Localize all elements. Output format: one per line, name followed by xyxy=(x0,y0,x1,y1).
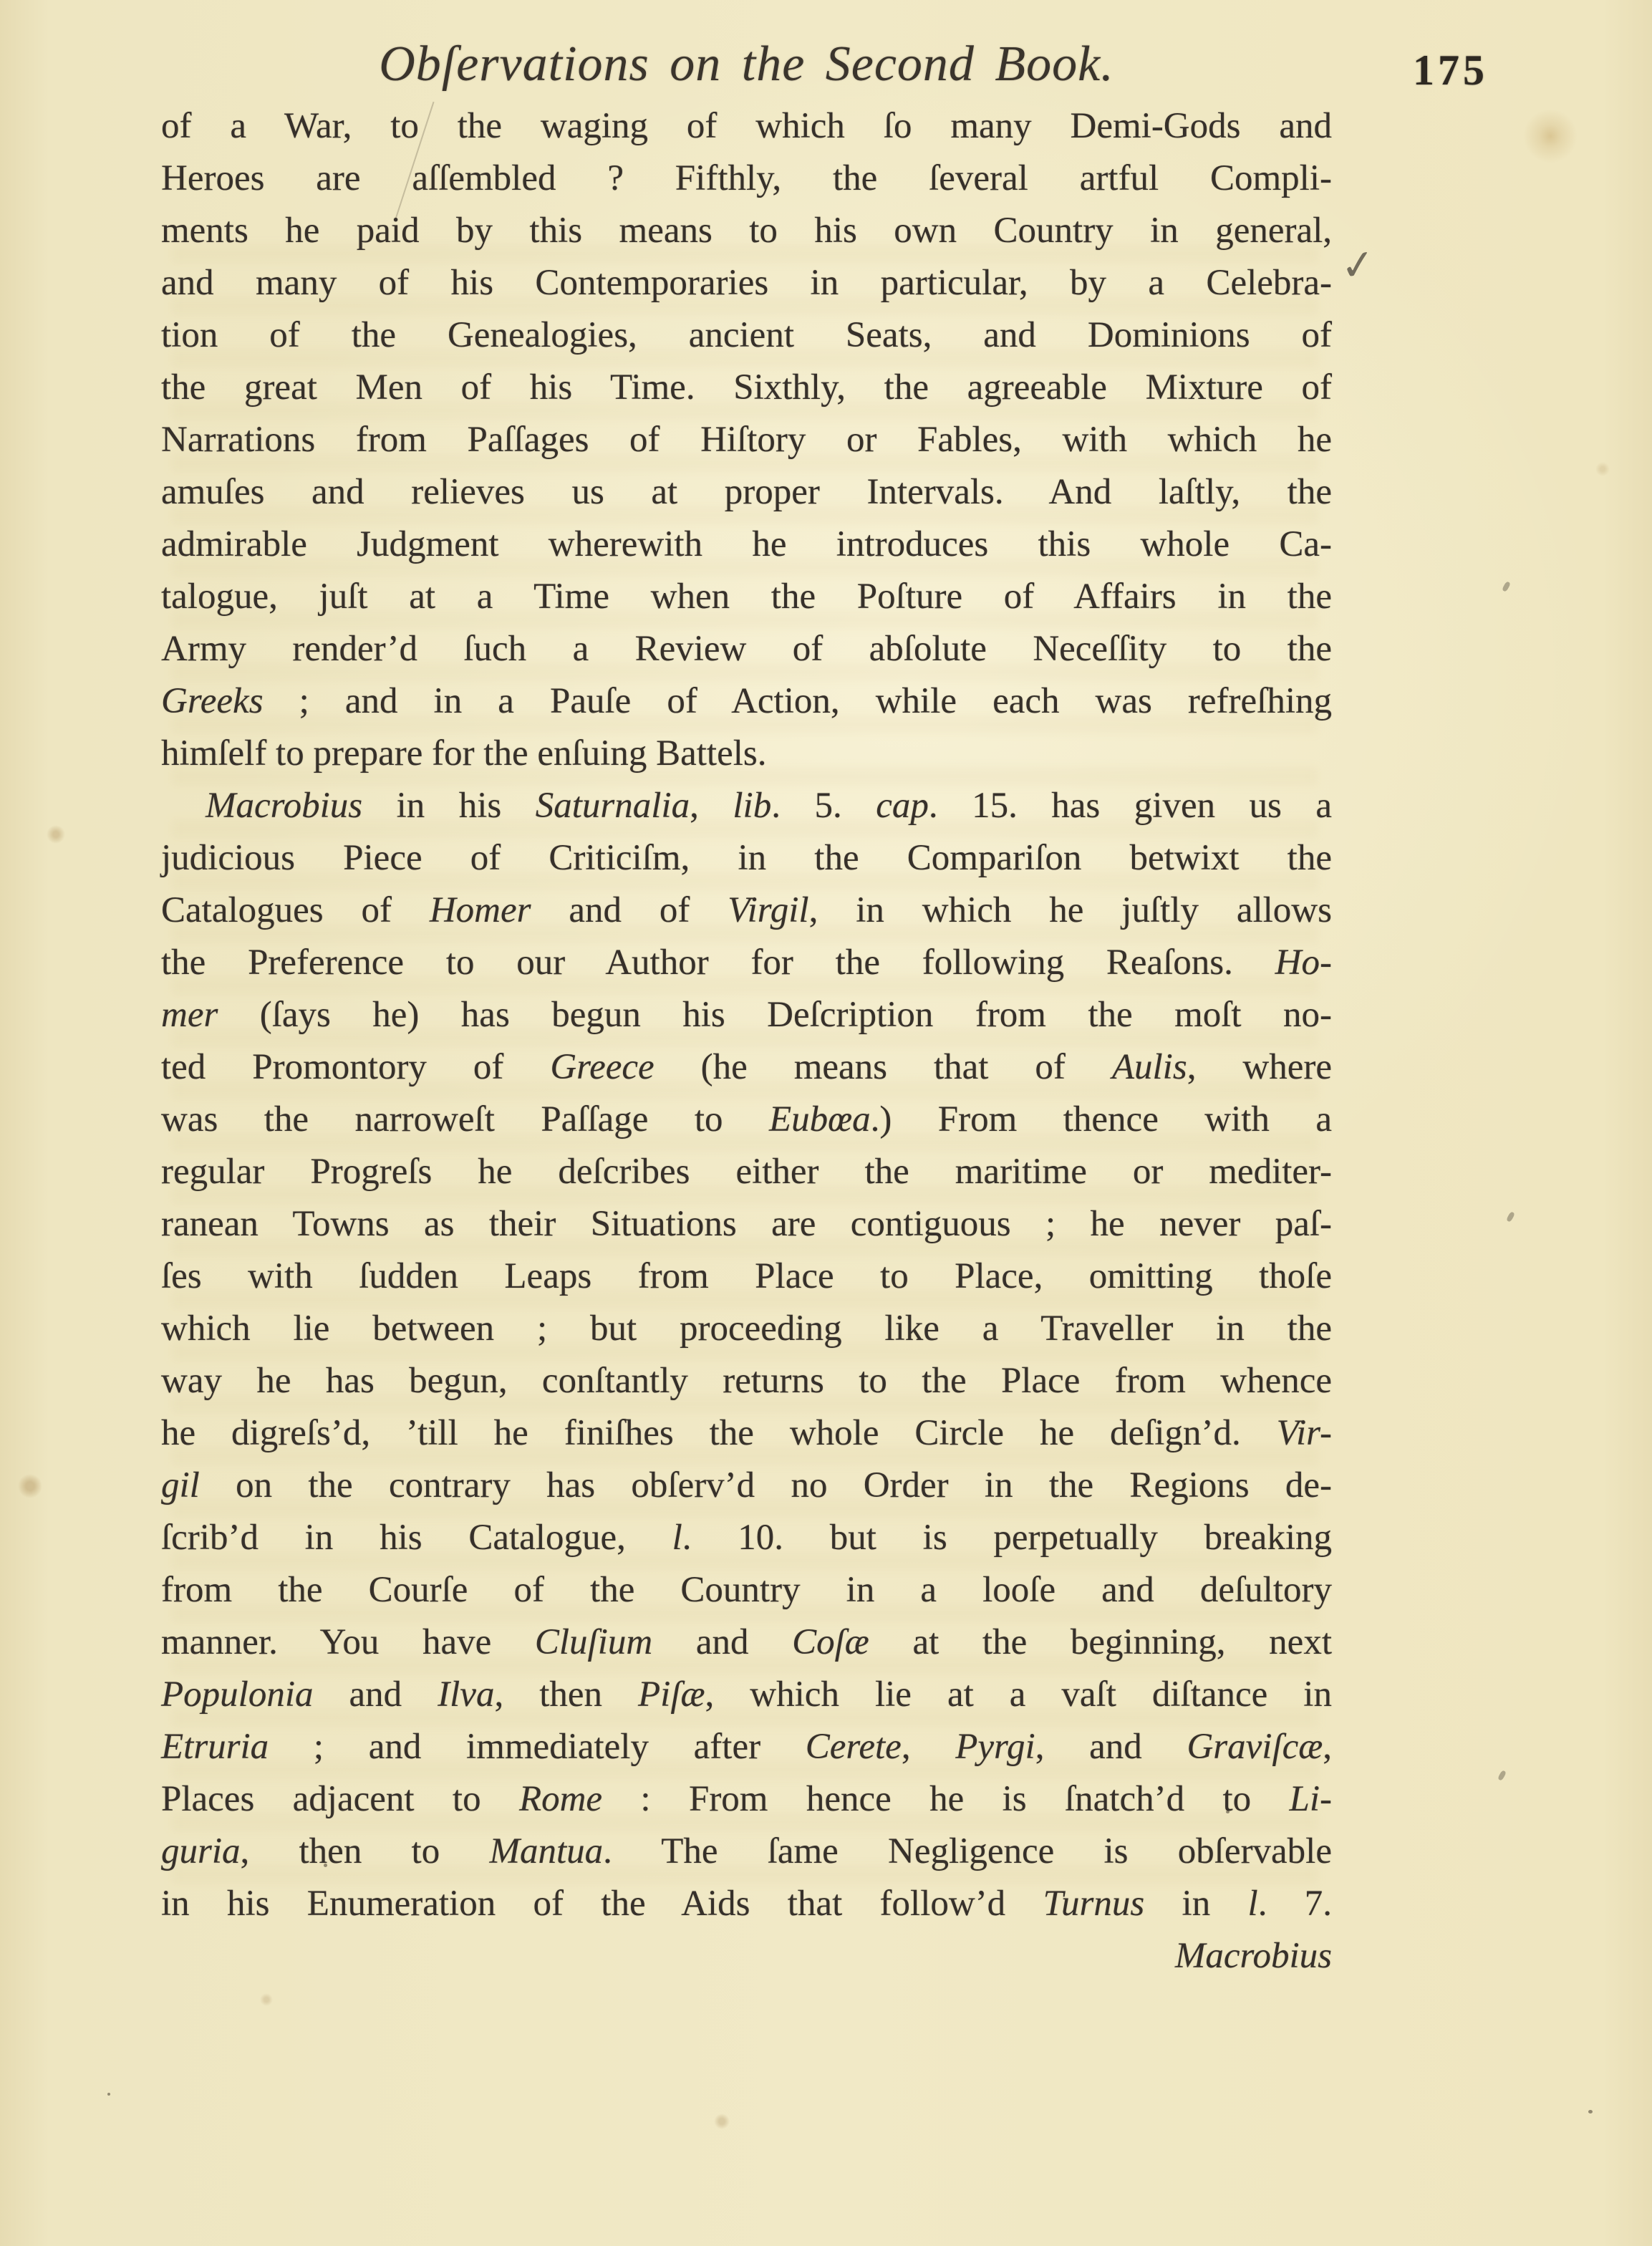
italic-text: Mantua xyxy=(489,1831,603,1871)
italic-text: mer xyxy=(161,995,218,1035)
italic-text: Turnus xyxy=(1043,1884,1144,1924)
italic-text: Ho- xyxy=(1275,943,1332,983)
text-line: Places adjacent to Rome : From hence he … xyxy=(161,1773,1332,1826)
roman-text: the Preference to our Author for the fol… xyxy=(161,943,1275,983)
italic-text: Greeks xyxy=(161,681,264,721)
roman-text: Army render’d ſuch a Review of abſolute … xyxy=(161,629,1332,669)
roman-text: , then to xyxy=(241,1831,490,1871)
italic-text: Ilva xyxy=(438,1674,494,1715)
text-line: Greeks ; and in a Pauſe of Action, while… xyxy=(161,675,1332,728)
roman-text: Catalogues of xyxy=(161,890,430,930)
roman-text: and many of his Contemporaries in partic… xyxy=(161,263,1332,303)
roman-text: . 15. has given us a xyxy=(929,786,1332,826)
text-line: himſelf to prepare for the enſuing Batte… xyxy=(161,728,1332,780)
italic-text: Saturnalia xyxy=(536,786,690,826)
roman-text: tion of the Genealogies, ancient Seats, … xyxy=(161,315,1332,355)
roman-text: was the narroweſt Paſſage to xyxy=(161,1099,769,1139)
text-line: tion of the Genealogies, ancient Seats, … xyxy=(161,309,1332,362)
italic-text: l xyxy=(672,1518,682,1558)
italic-text: Graviſcæ xyxy=(1187,1727,1323,1767)
roman-text: the great Men of his Time. Sixthly, the … xyxy=(161,367,1332,408)
roman-text: . 10. but is perpetually breaking xyxy=(682,1518,1332,1558)
text-line: ſcrib’d in his Catalogue, l. 10. but is … xyxy=(161,1512,1332,1564)
italic-text: Virgil xyxy=(728,890,808,930)
roman-text: ſcrib’d in his Catalogue, xyxy=(161,1518,672,1558)
text-line: judicious Piece of Criticiſm, in the Com… xyxy=(161,832,1332,885)
text-line: gil on the contrary has obſerv’d no Orde… xyxy=(161,1460,1332,1512)
text-line: was the narroweſt Paſſage to Eubœa.) Fro… xyxy=(161,1094,1332,1146)
roman-text: , in which he juſtly allows xyxy=(809,890,1332,930)
roman-text: talogue, juſt at a Time when the Poſture… xyxy=(161,577,1332,617)
italic-text: Eubœa xyxy=(769,1099,871,1139)
text-line: from the Courſe of the Country in a looſ… xyxy=(161,1564,1332,1616)
roman-text: ted Promontory of xyxy=(161,1047,550,1087)
roman-text: ments he paid by this means to his own C… xyxy=(161,211,1332,251)
text-line: he digreſs’d, ’till he finiſhes the whol… xyxy=(161,1407,1332,1460)
roman-text: Narrations from Paſſages of Hiſtory or F… xyxy=(161,420,1332,460)
roman-text: ſes with ſudden Leaps from Place to Plac… xyxy=(161,1256,1332,1296)
roman-text: .) From thence with a xyxy=(871,1099,1332,1139)
roman-text: Places adjacent to xyxy=(161,1779,519,1819)
roman-text: of a War, to the waging of which ſo many… xyxy=(161,106,1332,146)
pencil-dot xyxy=(1506,1211,1515,1223)
italic-text: gil xyxy=(161,1465,200,1505)
italic-text: Macrobius xyxy=(1175,1936,1332,1976)
body-text: of a War, to the waging of which ſo many… xyxy=(161,100,1332,1982)
roman-text: admirable Judgment wherewith he introduc… xyxy=(161,524,1332,564)
italic-text: Cerete xyxy=(806,1727,902,1767)
italic-text: Pyrgi xyxy=(955,1727,1035,1767)
text-line: Heroes are aſſembled ? Fifthly, the ſeve… xyxy=(161,153,1332,205)
roman-text: , then xyxy=(494,1674,638,1715)
roman-text: regular Progreſs he deſcribes either the… xyxy=(161,1152,1332,1192)
roman-text: from the Courſe of the Country in a looſ… xyxy=(161,1570,1332,1610)
text-line: Macrobius in his Saturnalia, lib. 5. cap… xyxy=(161,780,1332,832)
text-line: amuſes and relieves us at proper Interva… xyxy=(161,466,1332,519)
roman-text: , where xyxy=(1187,1047,1332,1087)
pencil-dot xyxy=(1497,1770,1507,1781)
book-page: Obſervations on the Second Book. 175 of … xyxy=(0,0,1652,2246)
roman-text: way he has begun, conſtantly returns to … xyxy=(161,1361,1332,1401)
text-line: regular Progreſs he deſcribes either the… xyxy=(161,1146,1332,1198)
pencil-checkmark: ✓ xyxy=(1338,239,1378,291)
text-line: Narrations from Paſſages of Hiſtory or F… xyxy=(161,414,1332,466)
text-line: Populonia and Ilva, then Piſæ, which lie… xyxy=(161,1669,1332,1721)
text-line: which lie between ; but proceeding like … xyxy=(161,1303,1332,1355)
roman-text: , xyxy=(690,786,733,826)
roman-text: manner. You have xyxy=(161,1622,535,1662)
italic-text: Li- xyxy=(1289,1779,1332,1819)
running-head: Obſervations on the Second Book. xyxy=(161,36,1332,93)
text-line: way he has begun, conſtantly returns to … xyxy=(161,1355,1332,1407)
text-line: Army render’d ſuch a Review of abſolute … xyxy=(161,623,1332,675)
paper-speck xyxy=(1588,2110,1593,2114)
italic-text: Piſæ xyxy=(638,1674,705,1715)
text-line: talogue, juſt at a Time when the Poſture… xyxy=(161,571,1332,623)
roman-text: , xyxy=(1323,1727,1332,1767)
italic-text: Homer xyxy=(430,890,531,930)
text-line: ments he paid by this means to his own C… xyxy=(161,205,1332,257)
text-line: the Preference to our Author for the fol… xyxy=(161,937,1332,989)
text-line: ted Promontory of Greece (he means that … xyxy=(161,1041,1332,1094)
text-line: guria, then to Mantua. The ſame Negligen… xyxy=(161,1826,1332,1878)
italic-text: Coſæ xyxy=(792,1622,869,1662)
text-line: Etruria ; and immediately after Cerete, … xyxy=(161,1721,1332,1773)
italic-text: Vir- xyxy=(1277,1413,1332,1453)
text-line: Macrobius xyxy=(161,1930,1332,1982)
roman-text: on the contrary has obſerv’d no Order in… xyxy=(200,1465,1332,1505)
italic-text: Rome xyxy=(519,1779,602,1819)
text-line: Catalogues of Homer and of Virgil, in wh… xyxy=(161,885,1332,937)
roman-text: . 7. xyxy=(1258,1884,1332,1924)
italic-text: Cluſium xyxy=(535,1622,652,1662)
roman-text: ; and in a Pauſe of Action, while each w… xyxy=(264,681,1332,721)
italic-text: cap xyxy=(876,786,929,826)
paper-speck xyxy=(107,2093,110,2096)
roman-text: , xyxy=(902,1727,955,1767)
roman-text: and xyxy=(652,1622,792,1662)
roman-text: amuſes and relieves us at proper Interva… xyxy=(161,472,1332,512)
italic-text: l xyxy=(1248,1884,1258,1924)
paper-speck xyxy=(1226,1811,1230,1813)
text-line: and many of his Contemporaries in partic… xyxy=(161,257,1332,309)
roman-text: ranean Towns as their Situations are con… xyxy=(161,1204,1332,1244)
roman-text: and xyxy=(314,1674,438,1715)
roman-text: judicious Piece of Criticiſm, in the Com… xyxy=(161,838,1332,878)
page-number: 175 xyxy=(1413,46,1488,95)
italic-text: Etruria xyxy=(161,1727,269,1767)
roman-text: and of xyxy=(531,890,728,930)
roman-text: he digreſs’d, ’till he finiſhes the whol… xyxy=(161,1413,1277,1453)
roman-text: . 5. xyxy=(771,786,876,826)
roman-text: , which lie at a vaſt diſtance in xyxy=(705,1674,1332,1715)
roman-text: in his Enumeration of the Aids that foll… xyxy=(161,1884,1043,1924)
text-line: manner. You have Cluſium and Coſæ at the… xyxy=(161,1616,1332,1669)
text-line: ſes with ſudden Leaps from Place to Plac… xyxy=(161,1250,1332,1303)
roman-text: in his xyxy=(362,786,536,826)
italic-text: lib xyxy=(733,786,771,826)
roman-text: . The ſame Negligence is obſervable xyxy=(603,1831,1332,1871)
text-line: ranean Towns as their Situations are con… xyxy=(161,1198,1332,1250)
roman-text: which lie between ; but proceeding like … xyxy=(161,1308,1332,1349)
italic-text: guria xyxy=(161,1831,241,1871)
italic-text: Greece xyxy=(550,1047,654,1087)
text-line: the great Men of his Time. Sixthly, the … xyxy=(161,362,1332,414)
roman-text: at the beginning, next xyxy=(869,1622,1332,1662)
roman-text: ; and immediately after xyxy=(269,1727,806,1767)
roman-text: himſelf to prepare for the enſuing Batte… xyxy=(161,733,766,773)
text-line: mer (ſays he) has begun his Deſcription … xyxy=(161,989,1332,1041)
italic-text: Aulis xyxy=(1112,1047,1187,1087)
roman-text: Heroes are aſſembled ? Fifthly, the ſeve… xyxy=(161,158,1332,198)
italic-text: Populonia xyxy=(161,1674,314,1715)
roman-text: , and xyxy=(1035,1727,1187,1767)
roman-text: in xyxy=(1144,1884,1247,1924)
text-line: in his Enumeration of the Aids that foll… xyxy=(161,1878,1332,1930)
roman-text: : From hence he is ſnatch’d to xyxy=(602,1779,1289,1819)
paper-speck xyxy=(324,1864,327,1867)
roman-text: (ſays he) has begun his Deſcription from… xyxy=(218,995,1332,1035)
roman-text: (he means that of xyxy=(654,1047,1112,1087)
text-line: of a War, to the waging of which ſo many… xyxy=(161,100,1332,153)
pencil-dot xyxy=(1502,581,1511,592)
italic-text: Macrobius xyxy=(206,786,362,826)
text-line: admirable Judgment wherewith he introduc… xyxy=(161,519,1332,571)
